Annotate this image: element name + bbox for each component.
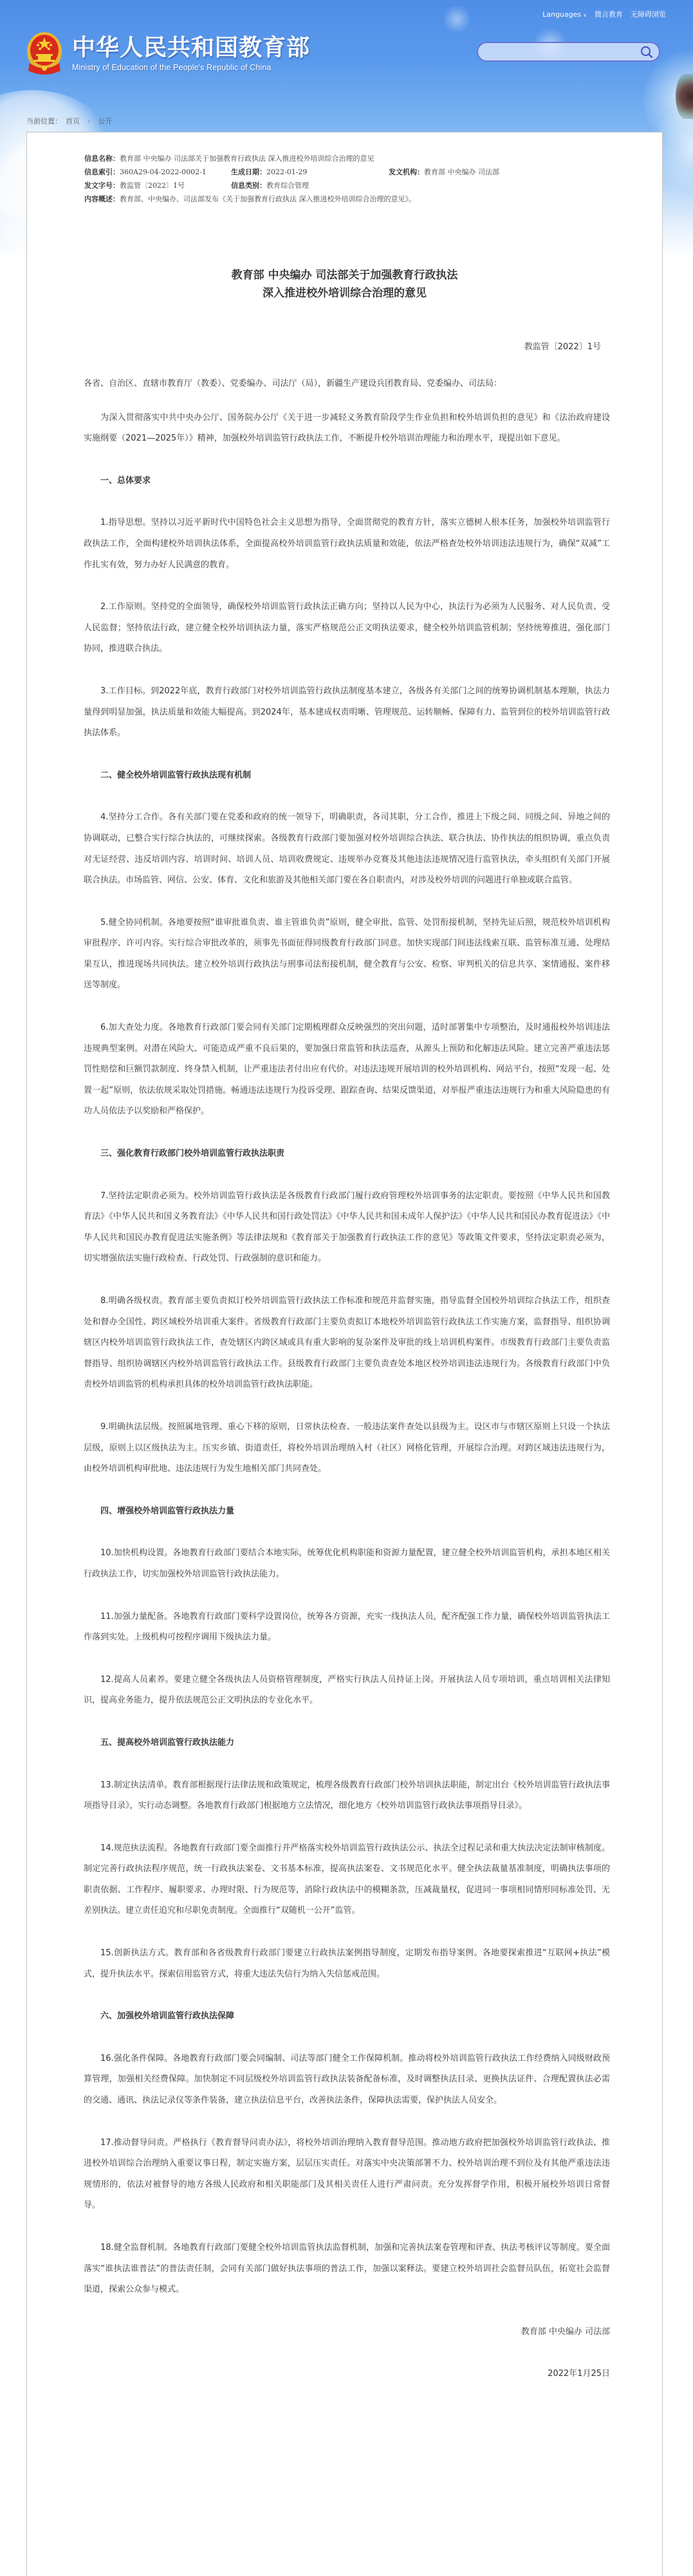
accessibility-link[interactable]: 无障碍浏览 [631, 9, 666, 19]
paragraph: 8.明确各级权责。教育部主要负责拟订校外培训监管行政执法工作标准和规范并监督实施… [84, 1291, 610, 1396]
site-name-en: Ministry of Education of the People's Re… [72, 63, 310, 72]
paragraph: 5.健全协同机制。各地要按照“谁审批谁负责、谁主管谁负责”原则，健全审批、监管、… [84, 913, 610, 996]
meta-row-name: 信息名称： 教育部 中央编办 司法部关于加强教育行政执法 深入推进校外培训综合治… [84, 152, 612, 165]
paragraph: 16.强化条件保障。各地教育行政部门要会同编制、司法等部门健全工作保障机制。推动… [84, 2049, 610, 2112]
paragraph: 9.明确执法层级。按照属地管理、重心下移的原则，日常执法检查、一般违法案件查处以… [84, 1417, 610, 1480]
breadcrumb-public[interactable]: 公开 [98, 116, 112, 126]
signature-orgs: 教育部 中央编办 司法部 [84, 2322, 610, 2343]
signature-date: 2022年1月25日 [84, 2364, 610, 2385]
document-title: 教育部 中央编办 司法部关于加强教育行政执法 深入推进校外培训综合治理的意见 [27, 266, 662, 302]
content-panel: 信息名称： 教育部 中央编办 司法部关于加强教育行政执法 深入推进校外培训综合治… [26, 132, 663, 2576]
site-logo[interactable]: 中华人民共和国教育部 Ministry of Education of the … [26, 31, 310, 77]
section-heading: 五、提高校外培训监管行政执法能力 [84, 1733, 610, 1754]
meta-cell-category: 信息类别： 教育综合管理 [231, 179, 309, 192]
meta-value: 360A29-04-2022-0002-1 [120, 165, 207, 179]
paragraph: 17.推动督导问责。严格执行《教育督导问责办法》，将校外培训治理纳入教育督导范围… [84, 2133, 610, 2216]
section-heading: 二、健全校外培训监管行政执法现有机制 [84, 765, 610, 787]
breadcrumb-separator-icon: › [88, 117, 90, 125]
meta-value: 教监管〔2022〕1号 [120, 179, 185, 192]
meta-label: 信息索引： [84, 165, 120, 179]
section-heading: 三、强化教育行政部门校外培训监管行政执法职责 [84, 1144, 610, 1165]
paragraph: 2.工作原则。坚持党的全面领导，确保校外培训监管行政执法正确方向；坚持以人民为中… [84, 597, 610, 660]
weiyan-link[interactable]: 微言教育 [595, 9, 623, 19]
meta-row-summary: 内容概述： 教育部、中央编办、司法部发布《关于加强教育行政执法 深入推进校外培训… [84, 192, 612, 206]
paragraph: 1.指导思想。坚持以习近平新时代中国特色社会主义思想为指导，全面贯彻党的教育方针… [84, 513, 610, 576]
breadcrumb: 当前位置： 首页 › 公开 [26, 116, 112, 126]
paragraph: 6.加大查处力度。各地教育行政部门要会同有关部门定期梳理群众反映强烈的突出问题，… [84, 1018, 610, 1122]
paragraph: 11.加强力量配备。各地教育行政部门要科学设置岗位，统筹各方资源，充实一线执法人… [84, 1607, 610, 1649]
paragraph: 14.规范执法流程。各地教育行政部门要全面推行并严格落实校外培训监管行政执法公示… [84, 1838, 610, 1922]
paragraph: 10.加快机构设置。各地教育行政部门要结合本地实际，统筹优化机构职能和资源力量配… [84, 1543, 610, 1585]
meta-cell-docno: 发文字号： 教监管〔2022〕1号 [84, 179, 231, 192]
title-line-2: 深入推进校外培训综合治理的意见 [27, 284, 662, 302]
top-links: Languages∨ 微言教育 无障碍浏览 [542, 9, 666, 19]
site-name-cn: 中华人民共和国教育部 [72, 36, 310, 60]
info-metadata: 信息名称： 教育部 中央编办 司法部关于加强教育行政执法 深入推进校外培训综合治… [84, 152, 612, 206]
meta-row-index: 信息索引： 360A29-04-2022-0002-1 生成日期： 2022-0… [84, 165, 612, 179]
paragraph: 3.工作目标。到2022年底，教育行政部门对校外培训监管行政执法制度基本建立，各… [84, 681, 610, 744]
meta-value: 教育部 中央编办 司法部关于加强教育行政执法 深入推进校外培训综合治理的意见 [120, 152, 374, 165]
meta-row-docno: 发文字号： 教监管〔2022〕1号 信息类别： 教育综合管理 [84, 179, 612, 192]
chevron-down-icon: ∨ [583, 12, 587, 18]
document-body: 各省、自治区、直辖市教育厅（教委）、党委编办、司法厅（局），新疆生产建设兵团教育… [84, 374, 610, 2385]
document-number: 教监管〔2022〕1号 [524, 340, 601, 352]
search-input[interactable] [478, 43, 640, 60]
paragraph: 4.坚持分工合作。各有关部门要在党委和政府的统一领导下，明确职责，各司其职，分工… [84, 807, 610, 891]
title-line-1: 教育部 中央编办 司法部关于加强教育行政执法 [27, 266, 662, 284]
search-icon[interactable] [640, 45, 654, 59]
addressee: 各省、自治区、直辖市教育厅（教委）、党委编办、司法厅（局），新疆生产建设兵团教育… [84, 374, 610, 395]
meta-label: 内容概述： [84, 192, 120, 206]
national-emblem-icon [26, 31, 63, 77]
intro-paragraph: 为深入贯彻落实中共中央办公厅、国务院办公厅《关于进一步减轻义务教育阶段学生作业负… [84, 408, 610, 450]
paragraph: 13.制定执法清单。教育部根据现行法律法规和政策规定，梳理各级教育行政部门校外培… [84, 1775, 610, 1817]
breadcrumb-home[interactable]: 首页 [66, 116, 80, 126]
meta-value: 2022-01-29 [266, 165, 307, 179]
meta-label: 信息名称： [84, 152, 120, 165]
meta-cell-issuer: 发文机构： 教育部 中央编办 司法部 [389, 165, 499, 179]
section-heading: 六、加强校外培训监管行政执法保障 [84, 2006, 610, 2027]
paragraph: 7.坚持法定职责必须为。校外培训监管行政执法是各级教育行政部门履行政府管理校外培… [84, 1186, 610, 1270]
paragraph: 15.创新执法方式。教育部和各省级教育行政部门要建立行政执法案例指导制度，定期发… [84, 1943, 610, 1985]
section-heading: 一、总体要求 [84, 471, 610, 492]
section-heading: 四、增强校外培训监管行政执法力量 [84, 1501, 610, 1522]
meta-value: 教育部 中央编办 司法部 [424, 165, 499, 179]
paragraph: 18.健全监督机制。各地教育行政部门要健全校外培训监管执法监督机制，加强和完善执… [84, 2238, 610, 2301]
meta-label: 发文字号： [84, 179, 120, 192]
search-box [477, 42, 660, 62]
languages-dropdown[interactable]: Languages∨ [542, 10, 587, 19]
meta-value: 教育部、中央编办、司法部发布《关于加强教育行政执法 深入推进校外培训综合治理的意… [120, 192, 416, 206]
meta-label: 信息类别： [231, 179, 266, 192]
meta-value: 教育综合管理 [266, 179, 309, 192]
meta-label: 生成日期： [231, 165, 266, 179]
languages-label: Languages [542, 10, 581, 19]
meta-label: 发文机构： [389, 165, 424, 179]
paragraph: 12.提高人员素养。要建立健全各级执法人员资格管理制度，严格实行执法人员持证上岗… [84, 1670, 610, 1712]
meta-cell-index: 信息索引： 360A29-04-2022-0002-1 [84, 165, 231, 179]
meta-cell-date: 生成日期： 2022-01-29 [231, 165, 389, 179]
breadcrumb-label: 当前位置： [26, 116, 62, 126]
